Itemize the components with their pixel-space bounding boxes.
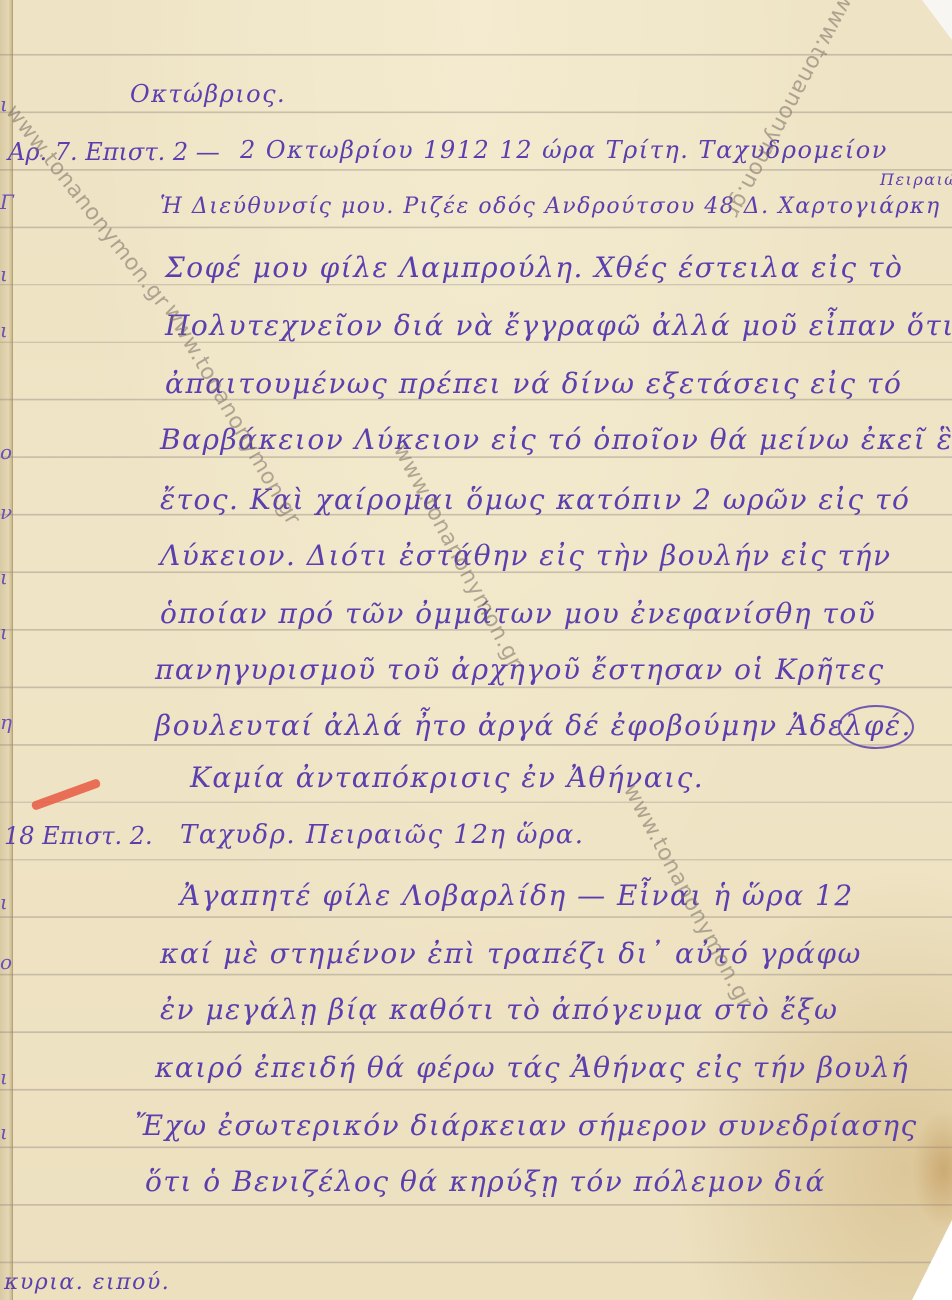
folded-corner — [912, 1220, 952, 1300]
margin-fragment: ι — [0, 318, 8, 342]
letter-line: Σοφέ μου φίλε Λαμπρούλη. Χθές έστειλα εἰ… — [165, 254, 903, 282]
paper-stain — [912, 1110, 952, 1230]
letter-line: Ἀγαπητέ φίλε Λοβαρλίδη — Εἶναι ἡ ὥρα 12 — [180, 882, 854, 910]
margin-fragment: Γ — [0, 190, 14, 214]
letter-line: βουλευταί ἀλλά ἦτο ἀργά δέ ἐφοβούμην Ἀδε… — [155, 712, 912, 740]
margin-fragment: ι — [0, 262, 8, 286]
red-pencil-mark — [31, 778, 102, 811]
margin-fragment: ο — [0, 440, 12, 464]
letter-line: Βαρβάκειον Λύκειον εἰς τό ὁποῖον θά μείν… — [160, 426, 952, 454]
margin-fragment: ι — [0, 1120, 8, 1144]
letter-line: καιρό ἐπειδή θά φέρω τάς Ἀθήνας εἰς τήν … — [155, 1054, 909, 1082]
month-heading: Οκτώβριος. — [130, 82, 286, 106]
letter-line: Ἡ Διεύθυνσίς μου. Ριζέε οδός Ανδρούτσου … — [160, 196, 941, 218]
watermark-text: www.tonanonymon.gr — [0, 100, 174, 313]
margin-fragment: ι — [0, 1065, 8, 1089]
margin-fragment: ν — [0, 500, 12, 524]
margin-fragment: ι — [0, 565, 8, 589]
dateline-note: Πειραιώς — [880, 172, 952, 188]
margin-fragment: ο — [0, 950, 12, 974]
letter-line: ὅτι ὁ Βενιζέλος θά κηρύξῃ τόν πόλεμον δι… — [145, 1168, 826, 1196]
entry-dateline: 2 Οκτωβρίου 1912 12 ώρα Τρίτη. Ταχυδρομε… — [240, 138, 888, 162]
margin-fragment: ι — [0, 890, 8, 914]
margin-fragment: η — [0, 710, 12, 734]
letter-page: ι Γ ι ι ο ν ι ι η ι ο ι ι Οκτώβριος. Αρ.… — [0, 0, 952, 1300]
letter-line: ὁποίαν πρό τῶν ὀμμάτων μου ἐνεφανίσθη το… — [160, 600, 876, 628]
bottom-margin-note: κυρια. ειπού. — [4, 1272, 170, 1294]
watermark-text: www.tonanonymon.gr — [720, 0, 860, 221]
letter-line: Ἔχω ἐσωτερικόν διάρκειαν σήμερον συνεδρί… — [135, 1112, 918, 1140]
torn-corner-top — [922, 0, 952, 40]
entry-margin-ref: 18 Επιστ. 2. — [4, 822, 153, 850]
entry-dateline: Ταχυδρ. Πειραιῶς 12η ὥρα. — [180, 822, 585, 848]
circled-word-mark — [838, 705, 914, 749]
margin-fragment: ι — [0, 620, 8, 644]
letter-line: Πολυτεχνεῖον διά νὰ ἔγγραφῶ ἀλλά μοῦ εἶπ… — [165, 312, 952, 340]
letter-line: Λύκειον. Διότι ἐστάθην εἰς τὴν βουλήν εἰ… — [160, 542, 891, 570]
letter-line: ἀπαιτουμένως πρέπει νά δίνω εξετάσεις εἰ… — [165, 370, 902, 398]
letter-line: καί μὲ στημένον ἐπὶ τραπέζι δι᾽ αὐτό γρά… — [160, 940, 862, 968]
